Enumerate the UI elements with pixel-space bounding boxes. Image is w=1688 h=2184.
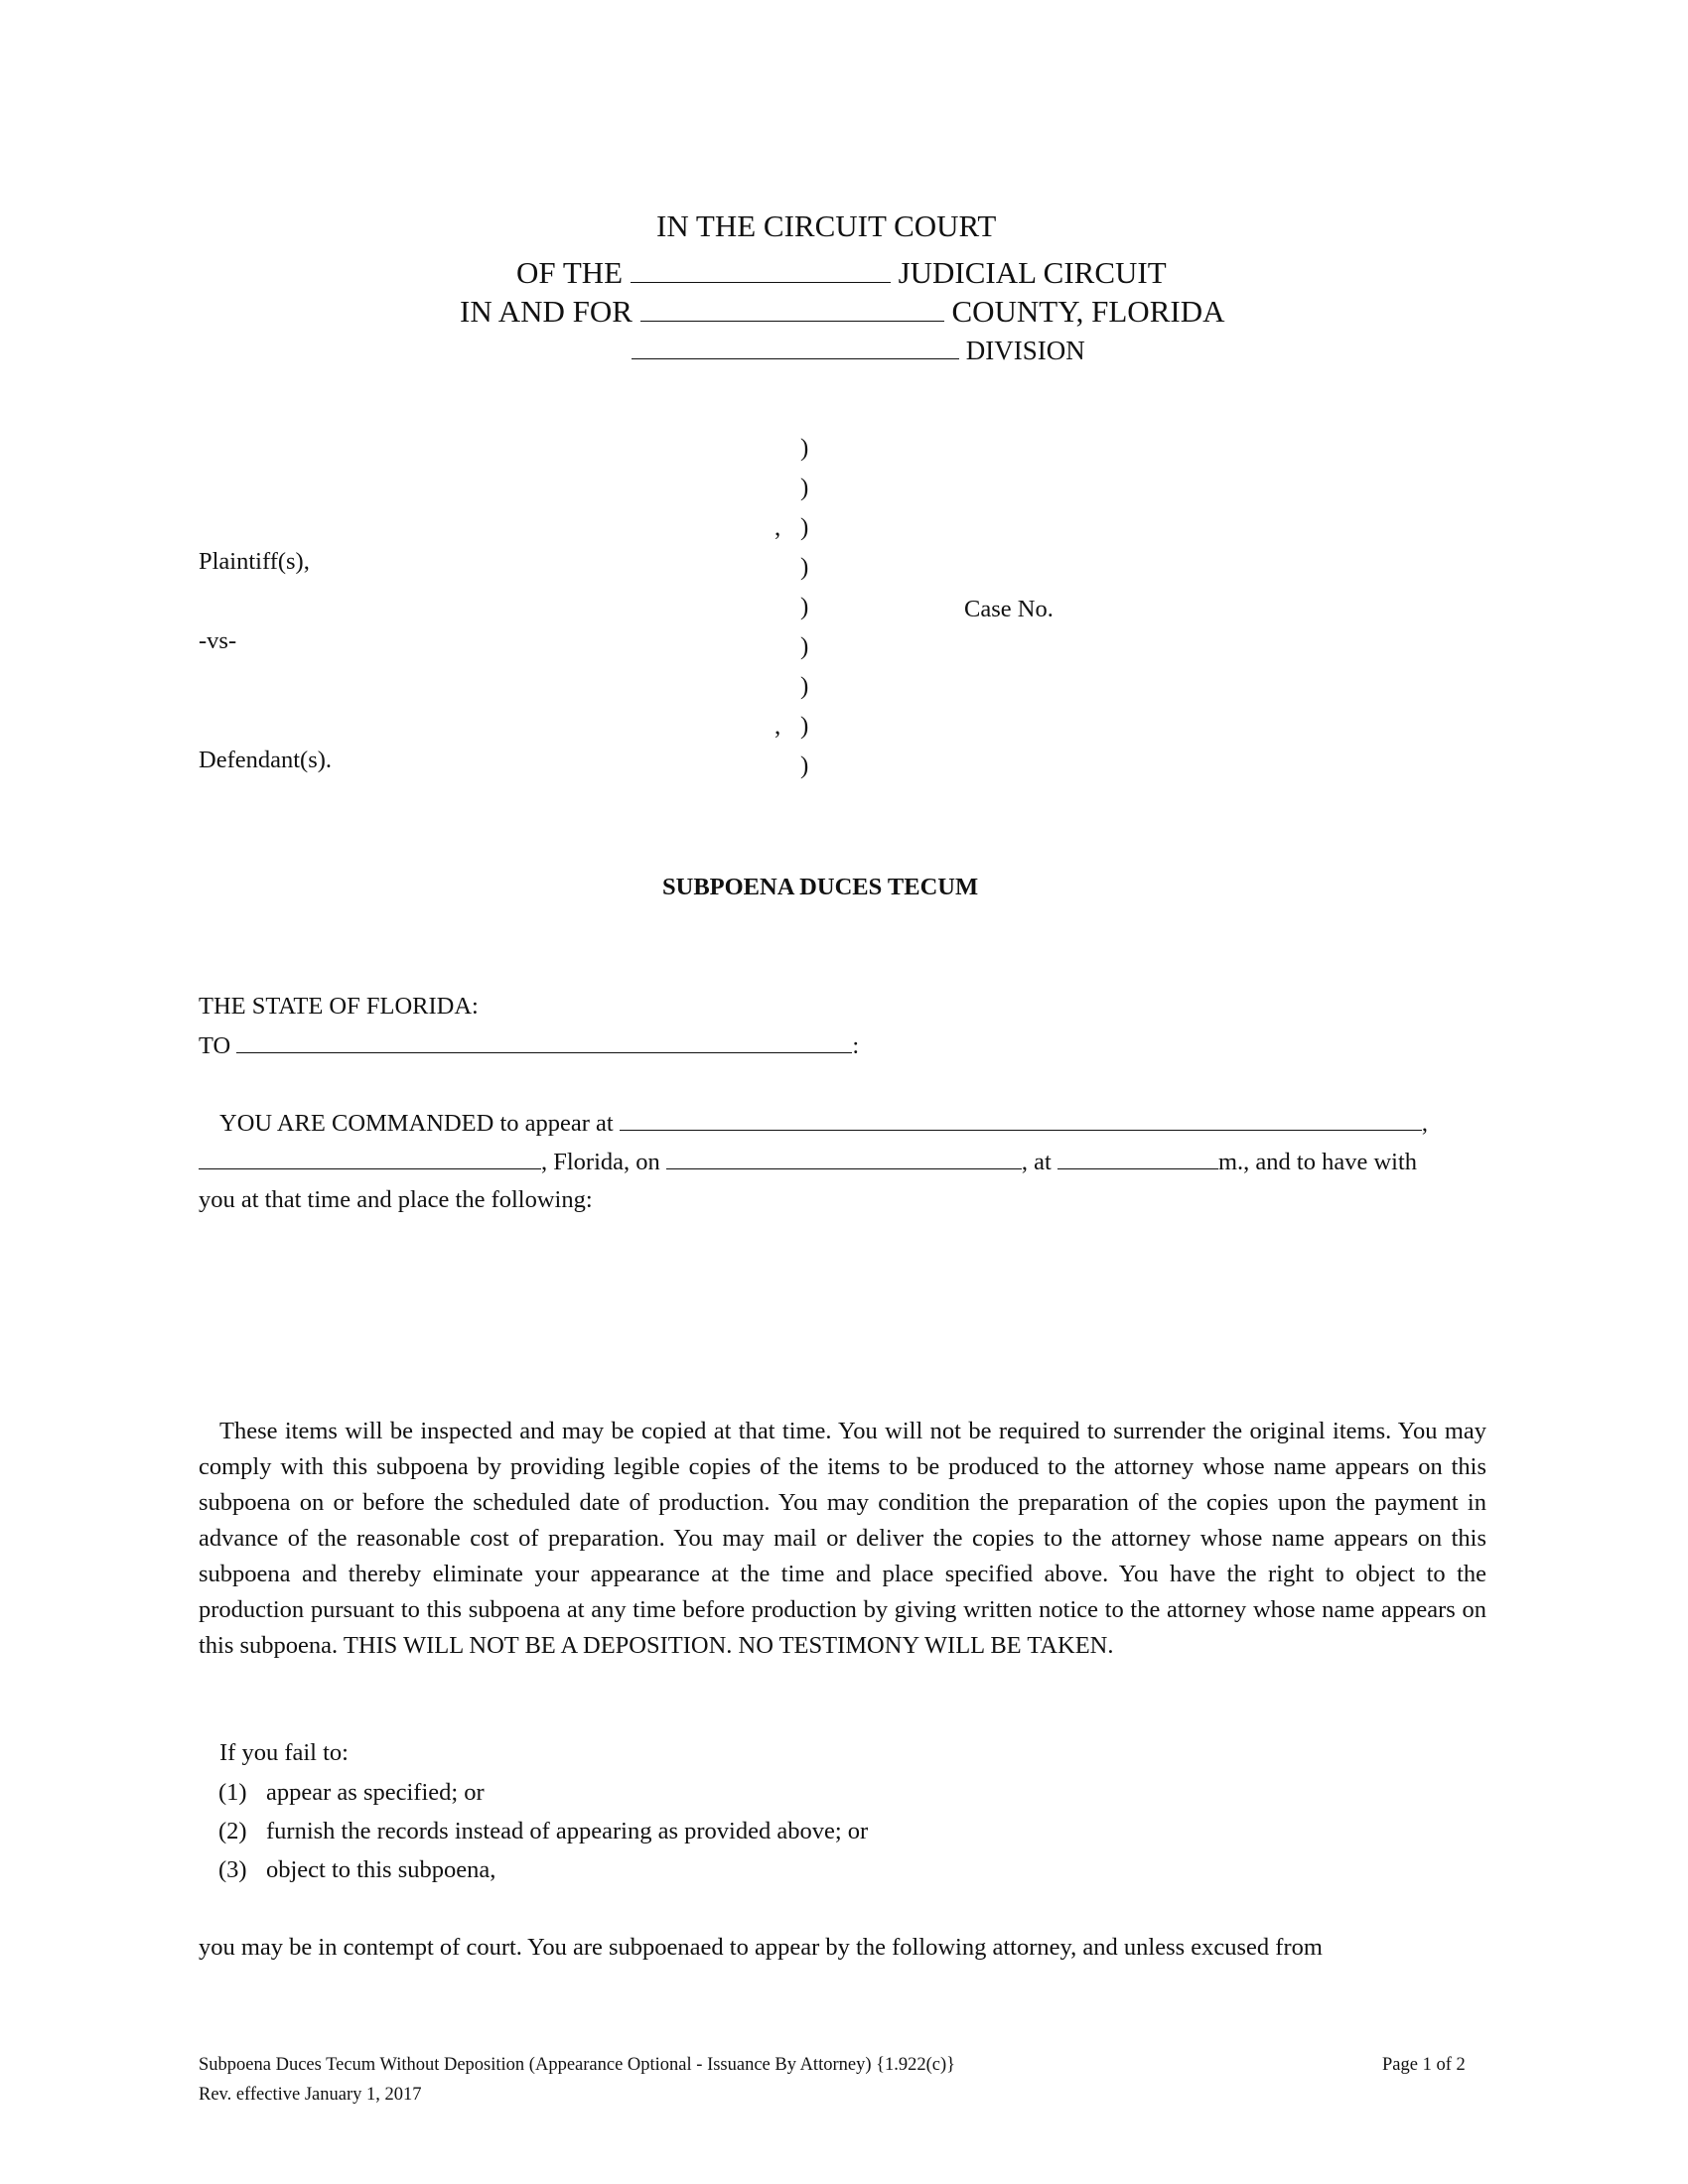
state-of-florida-label: THE STATE OF FLORIDA: [199,993,479,1021]
in-and-for-label: IN AND FOR [460,294,633,329]
to-colon: : [852,1032,859,1059]
court-header-line3: IN AND FOR COUNTY, FLORIDA [460,294,1224,330]
items-to-produce-area[interactable] [199,1241,1486,1400]
footer-revision: Rev. effective January 1, 2017 [199,2085,422,2106]
defendant-label: Defendant(s). [199,747,332,774]
date-blank[interactable] [666,1167,1022,1169]
caption-paren: ) [800,633,808,661]
notice-paragraph: These items will be inspected and may be… [199,1414,1486,1664]
command-line2: , Florida, on , at m., and to have with [199,1149,1417,1176]
commanded-label: YOU ARE COMMANDED to appear at [219,1110,614,1137]
caption-paren: ) [800,554,808,582]
failure-item-text: furnish the records instead of appearing… [266,1818,868,1845]
command-line1: YOU ARE COMMANDED to appear at , [219,1110,1428,1138]
failure-item-number: (1) [218,1779,247,1807]
of-the-label: OF THE [516,255,623,290]
plaintiff-label: Plaintiff(s), [199,548,310,576]
caption-paren: ) [800,713,808,741]
recipient-blank[interactable] [236,1051,852,1053]
city-blank[interactable] [199,1167,541,1169]
caption-paren: ) [800,435,808,463]
division-blank[interactable] [632,357,959,359]
to-line: TO : [199,1032,859,1060]
command-comma: , [1422,1110,1428,1137]
contempt-sentence: you may be in contempt of court. You are… [199,1934,1323,1962]
defendant-name-comma: , [774,713,780,741]
caption-paren: ) [800,752,808,780]
court-header-line4: DIVISION [632,336,1085,366]
division-label: DIVISION [966,336,1085,365]
failure-item-number: (2) [218,1818,247,1845]
judicial-circuit-blank[interactable] [631,281,891,283]
judicial-circuit-label: JUDICIAL CIRCUIT [899,255,1167,290]
footer-form-title: Subpoena Duces Tecum Without Deposition … [199,2055,955,2076]
case-number-label: Case No. [964,596,1054,623]
failure-item-number: (3) [218,1856,247,1884]
failure-item-text: object to this subpoena, [266,1856,495,1884]
court-header-line1: IN THE CIRCUIT COURT [656,208,996,244]
appearance-location-blank[interactable] [620,1129,1422,1131]
county-florida-label: COUNTY, FLORIDA [951,294,1224,329]
caption-paren: ) [800,475,808,502]
plaintiff-name-comma: , [774,514,780,542]
footer-page-number: Page 1 of 2 [1382,2055,1466,2076]
time-blank[interactable] [1057,1167,1218,1169]
at-label: , at [1022,1149,1052,1175]
court-header-line2: OF THE JUDICIAL CIRCUIT [516,255,1167,291]
florida-on-label: , Florida, on [541,1149,660,1175]
failure-intro: If you fail to: [219,1739,349,1767]
vs-label: -vs- [199,627,236,655]
to-label: TO [199,1032,230,1059]
time-suffix-label: m., and to have with [1218,1149,1417,1175]
caption-paren: ) [800,514,808,542]
command-line3: you at that time and place the following… [199,1186,593,1214]
document-title: SUBPOENA DUCES TECUM [662,874,978,901]
caption-paren: ) [800,594,808,621]
caption-paren: ) [800,673,808,701]
failure-item-text: appear as specified; or [266,1779,485,1807]
county-blank[interactable] [640,320,944,322]
